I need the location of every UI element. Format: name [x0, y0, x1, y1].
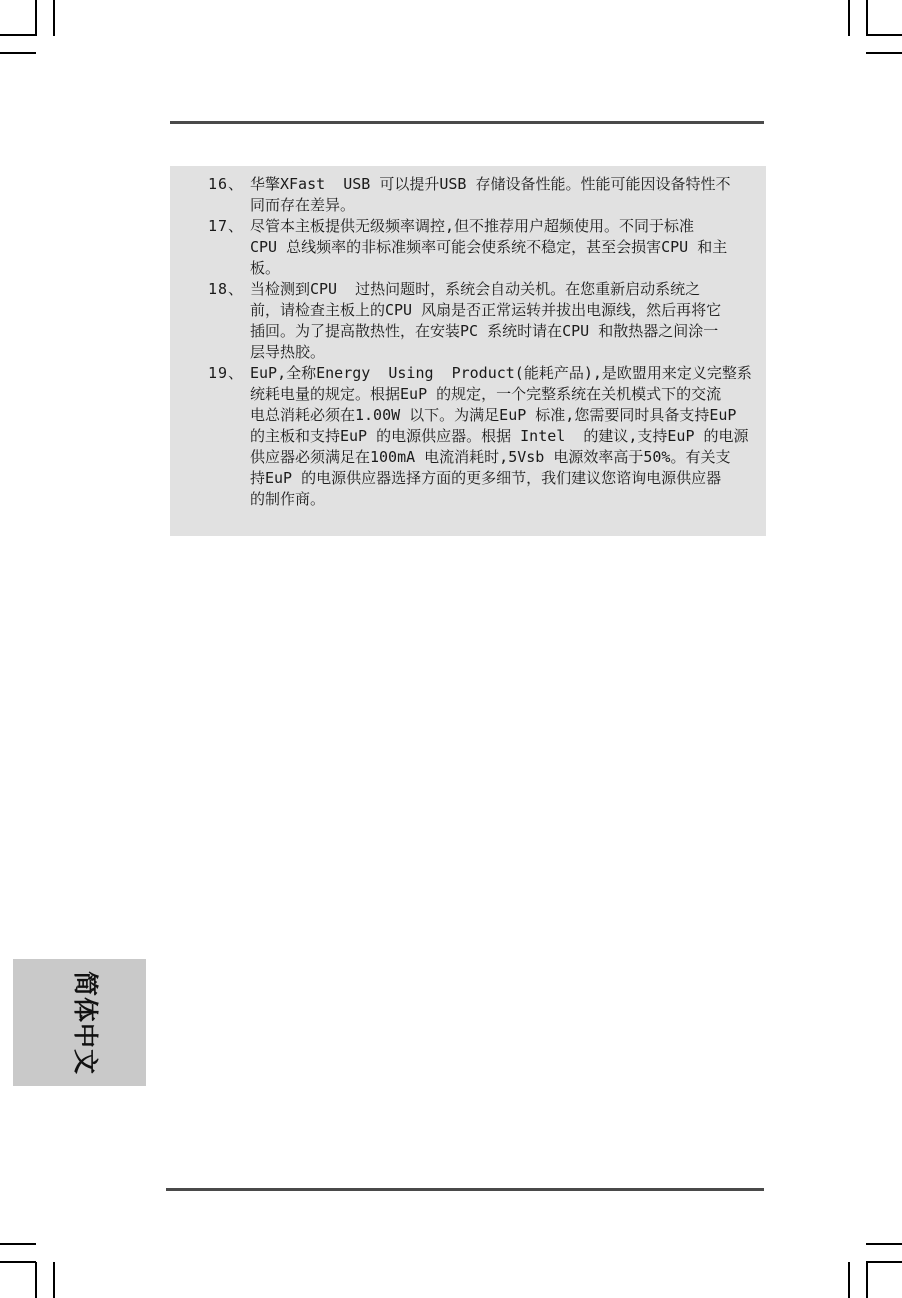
note-text: EuP,全称Energy Using Product(能耗产品),是欧盟用来定义… — [250, 363, 762, 510]
note-item-16: 16、 华擎XFast USB 可以提升USB 存储设备性能。性能可能因设备特性… — [208, 174, 766, 216]
crop-mark — [0, 52, 36, 54]
note-text: 华擎XFast USB 可以提升USB 存储设备性能。性能可能因设备特性不 同而… — [250, 174, 762, 216]
language-section-tab: 简体中文 — [13, 959, 146, 1086]
notes-box: 16、 华擎XFast USB 可以提升USB 存储设备性能。性能可能因设备特性… — [170, 166, 766, 536]
note-number: 19、 — [208, 363, 250, 384]
crop-mark — [866, 1243, 902, 1245]
crop-mark — [53, 1262, 55, 1298]
top-rule — [170, 121, 764, 124]
crop-mark — [35, 1262, 37, 1298]
language-section-tab-label: 简体中文 — [69, 970, 105, 1074]
crop-mark — [35, 0, 37, 36]
crop-mark — [0, 1243, 36, 1245]
note-number: 18、 — [208, 279, 250, 300]
crop-mark — [866, 1261, 902, 1263]
note-item-18: 18、 当检测到CPU 过热问题时，系统会自动关机。在您重新启动系统之 前，请检… — [208, 279, 766, 363]
crop-mark — [848, 1262, 850, 1298]
crop-mark — [0, 34, 36, 36]
crop-mark — [848, 0, 850, 36]
note-item-17: 17、 尽管本主板提供无级频率调控,但不推荐用户超频使用。不同于标准 CPU 总… — [208, 216, 766, 279]
note-text: 当检测到CPU 过热问题时，系统会自动关机。在您重新启动系统之 前，请检查主板上… — [250, 279, 762, 363]
crop-mark — [866, 34, 902, 36]
crop-mark — [53, 0, 55, 36]
crop-mark — [0, 1261, 36, 1263]
crop-mark — [866, 1262, 868, 1298]
crop-mark — [866, 52, 902, 54]
manual-page: { "colors": { "page_bg": "#ffffff", "not… — [0, 0, 902, 1298]
bottom-rule — [166, 1188, 764, 1191]
note-number: 17、 — [208, 216, 250, 237]
note-number: 16、 — [208, 174, 250, 195]
note-text: 尽管本主板提供无级频率调控,但不推荐用户超频使用。不同于标准 CPU 总线频率的… — [250, 216, 762, 279]
crop-mark — [866, 0, 868, 36]
note-item-19: 19、 EuP,全称Energy Using Product(能耗产品),是欧盟… — [208, 363, 766, 510]
